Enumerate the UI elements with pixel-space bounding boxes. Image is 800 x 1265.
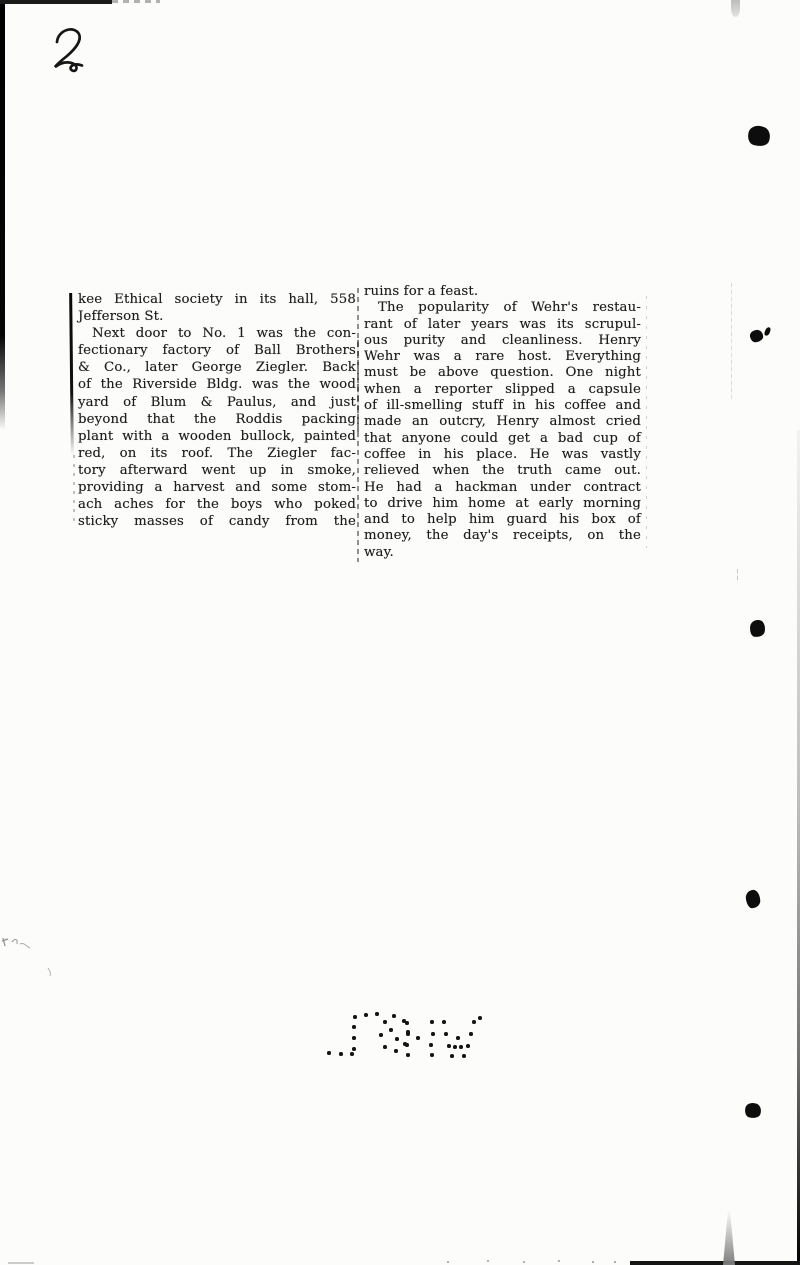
article-line: and to help him guard his box of	[364, 512, 641, 528]
article-line: providing a harvest and some stom-	[78, 479, 356, 496]
perforation-dot	[389, 1028, 393, 1032]
perforation-dot	[416, 1036, 420, 1040]
article-line: money, the day's receipts, on the	[364, 528, 641, 544]
article-line: red, on its roof. The Ziegler fac-	[78, 445, 356, 462]
article-line: that anyone could get a bad cup of	[364, 431, 641, 447]
scan-edge-top-dashes	[112, 0, 160, 3]
article-line: way.	[364, 545, 641, 561]
article-line: beyond that the Roddis packing	[78, 411, 356, 428]
article-line: made an outcry, Henry almost cried	[364, 414, 641, 430]
clipping-left-rule-tail	[73, 455, 75, 521]
article-line: relieved when the truth came out.	[364, 463, 641, 479]
scanned-newspaper-page: kee Ethical society in its hall, 558Jeff…	[0, 0, 800, 1265]
perforation-dot	[444, 1032, 448, 1036]
perforation-dot	[459, 1045, 463, 1049]
perforation-dot	[395, 1037, 399, 1041]
article-line: plant with a wooden bullock, painted	[78, 428, 356, 445]
ink-blot	[749, 329, 764, 343]
article-line: rant of later years was its scrupul-	[364, 317, 641, 333]
perforation-dot	[327, 1051, 331, 1055]
article-line: ous purity and cleanliness. Henry	[364, 333, 641, 349]
speck	[592, 1261, 594, 1263]
speck	[614, 1261, 616, 1263]
perforation-dot	[478, 1016, 482, 1020]
pencil-marks	[0, 930, 60, 980]
article-line: must be above question. One night	[364, 365, 641, 381]
perforation-dot	[429, 1043, 433, 1047]
scan-edge-left	[0, 0, 5, 430]
column-divider-rule-dark	[357, 340, 359, 432]
article-line: yard of Blum & Paulus, and just	[78, 394, 356, 411]
article-line: tory afterward went up in smoke,	[78, 462, 356, 479]
article-line: kee Ethical society in its hall, 558	[78, 291, 356, 308]
perforation-dot	[430, 1053, 434, 1057]
article-line: He had a hackman under contract	[364, 480, 641, 496]
ink-blot	[749, 619, 765, 637]
ink-blot	[744, 1102, 763, 1120]
ink-blot	[746, 123, 772, 148]
article-column-right: ruins for a feast.The popularity of Wehr…	[364, 284, 641, 561]
article-line: ruins for a feast.	[364, 284, 641, 300]
perforation-dot	[339, 1052, 343, 1056]
article-line: when a reporter slipped a capsule	[364, 382, 641, 398]
scan-edge-top	[0, 0, 112, 4]
perforation-dot	[469, 1032, 473, 1036]
article-line: & Co., later George Ziegler. Back	[78, 359, 356, 376]
scan-fold-mark	[723, 1210, 735, 1265]
perforation-dot	[350, 1052, 354, 1056]
perforation-dot	[352, 1036, 356, 1040]
article-line: of ill-smelling stuff in his coffee and	[364, 398, 641, 414]
article-line: coffee in his place. He was vastly	[364, 447, 641, 463]
article-column-left: kee Ethical society in its hall, 558Jeff…	[78, 291, 356, 530]
perforation-dot	[466, 1044, 470, 1048]
article-line: Jefferson St.	[78, 308, 356, 325]
perforation-dot	[405, 1021, 409, 1025]
article-line: ach aches for the boys who poked	[78, 496, 356, 513]
perforation-dot	[406, 1032, 410, 1036]
perforation-dot	[375, 1012, 379, 1016]
clipping-left-rule	[69, 293, 74, 455]
perforation-dot	[383, 1020, 387, 1024]
perforation-dot	[447, 1044, 451, 1048]
perforation-dot	[456, 1036, 460, 1040]
perforation-dot	[392, 1014, 396, 1018]
perforation-dot	[405, 1043, 409, 1047]
ink-blot	[763, 326, 771, 336]
article-line: sticky masses of candy from the	[78, 513, 356, 530]
scan-edge-bottom	[630, 1261, 800, 1265]
perforation-dot	[394, 1049, 398, 1053]
speck	[523, 1261, 525, 1263]
article-line: Wehr was a rare host. Everything	[364, 349, 641, 365]
article-line: Next door to No. 1 was the con-	[78, 325, 356, 342]
perforation-dot	[379, 1033, 383, 1037]
article-line: fectionary factory of Ball Brothers	[78, 342, 356, 359]
faint-scan-line	[731, 283, 732, 400]
article-line: to drive him home at early morning	[364, 496, 641, 512]
speck	[558, 1260, 560, 1262]
handwritten-page-number	[44, 22, 100, 76]
perforation-dot	[450, 1054, 454, 1058]
perforation-dot	[352, 1047, 356, 1051]
perforation-dot	[430, 1020, 434, 1024]
perforation-dot	[383, 1045, 387, 1049]
speck	[487, 1260, 489, 1262]
article-line: of the Riverside Bldg. was the wood	[78, 376, 356, 393]
scan-smudge-top	[731, 0, 740, 17]
perforation-dot	[442, 1020, 446, 1024]
perforation-dot	[406, 1053, 410, 1057]
speck	[447, 1261, 449, 1263]
clipping-right-rule	[646, 296, 647, 548]
perforation-dot	[364, 1013, 368, 1017]
ink-blot	[745, 889, 761, 909]
faint-scan-line	[737, 569, 738, 583]
perforation-dot	[431, 1032, 435, 1036]
article-line: The popularity of Wehr's restau-	[364, 300, 641, 316]
perforation-dot	[352, 1025, 356, 1029]
perforation-dot	[453, 1045, 457, 1049]
perforation-dot	[353, 1015, 357, 1019]
perforation-dot	[472, 1020, 476, 1024]
scan-edge-bottom-left	[8, 1262, 34, 1264]
perforation-dot	[462, 1054, 466, 1058]
